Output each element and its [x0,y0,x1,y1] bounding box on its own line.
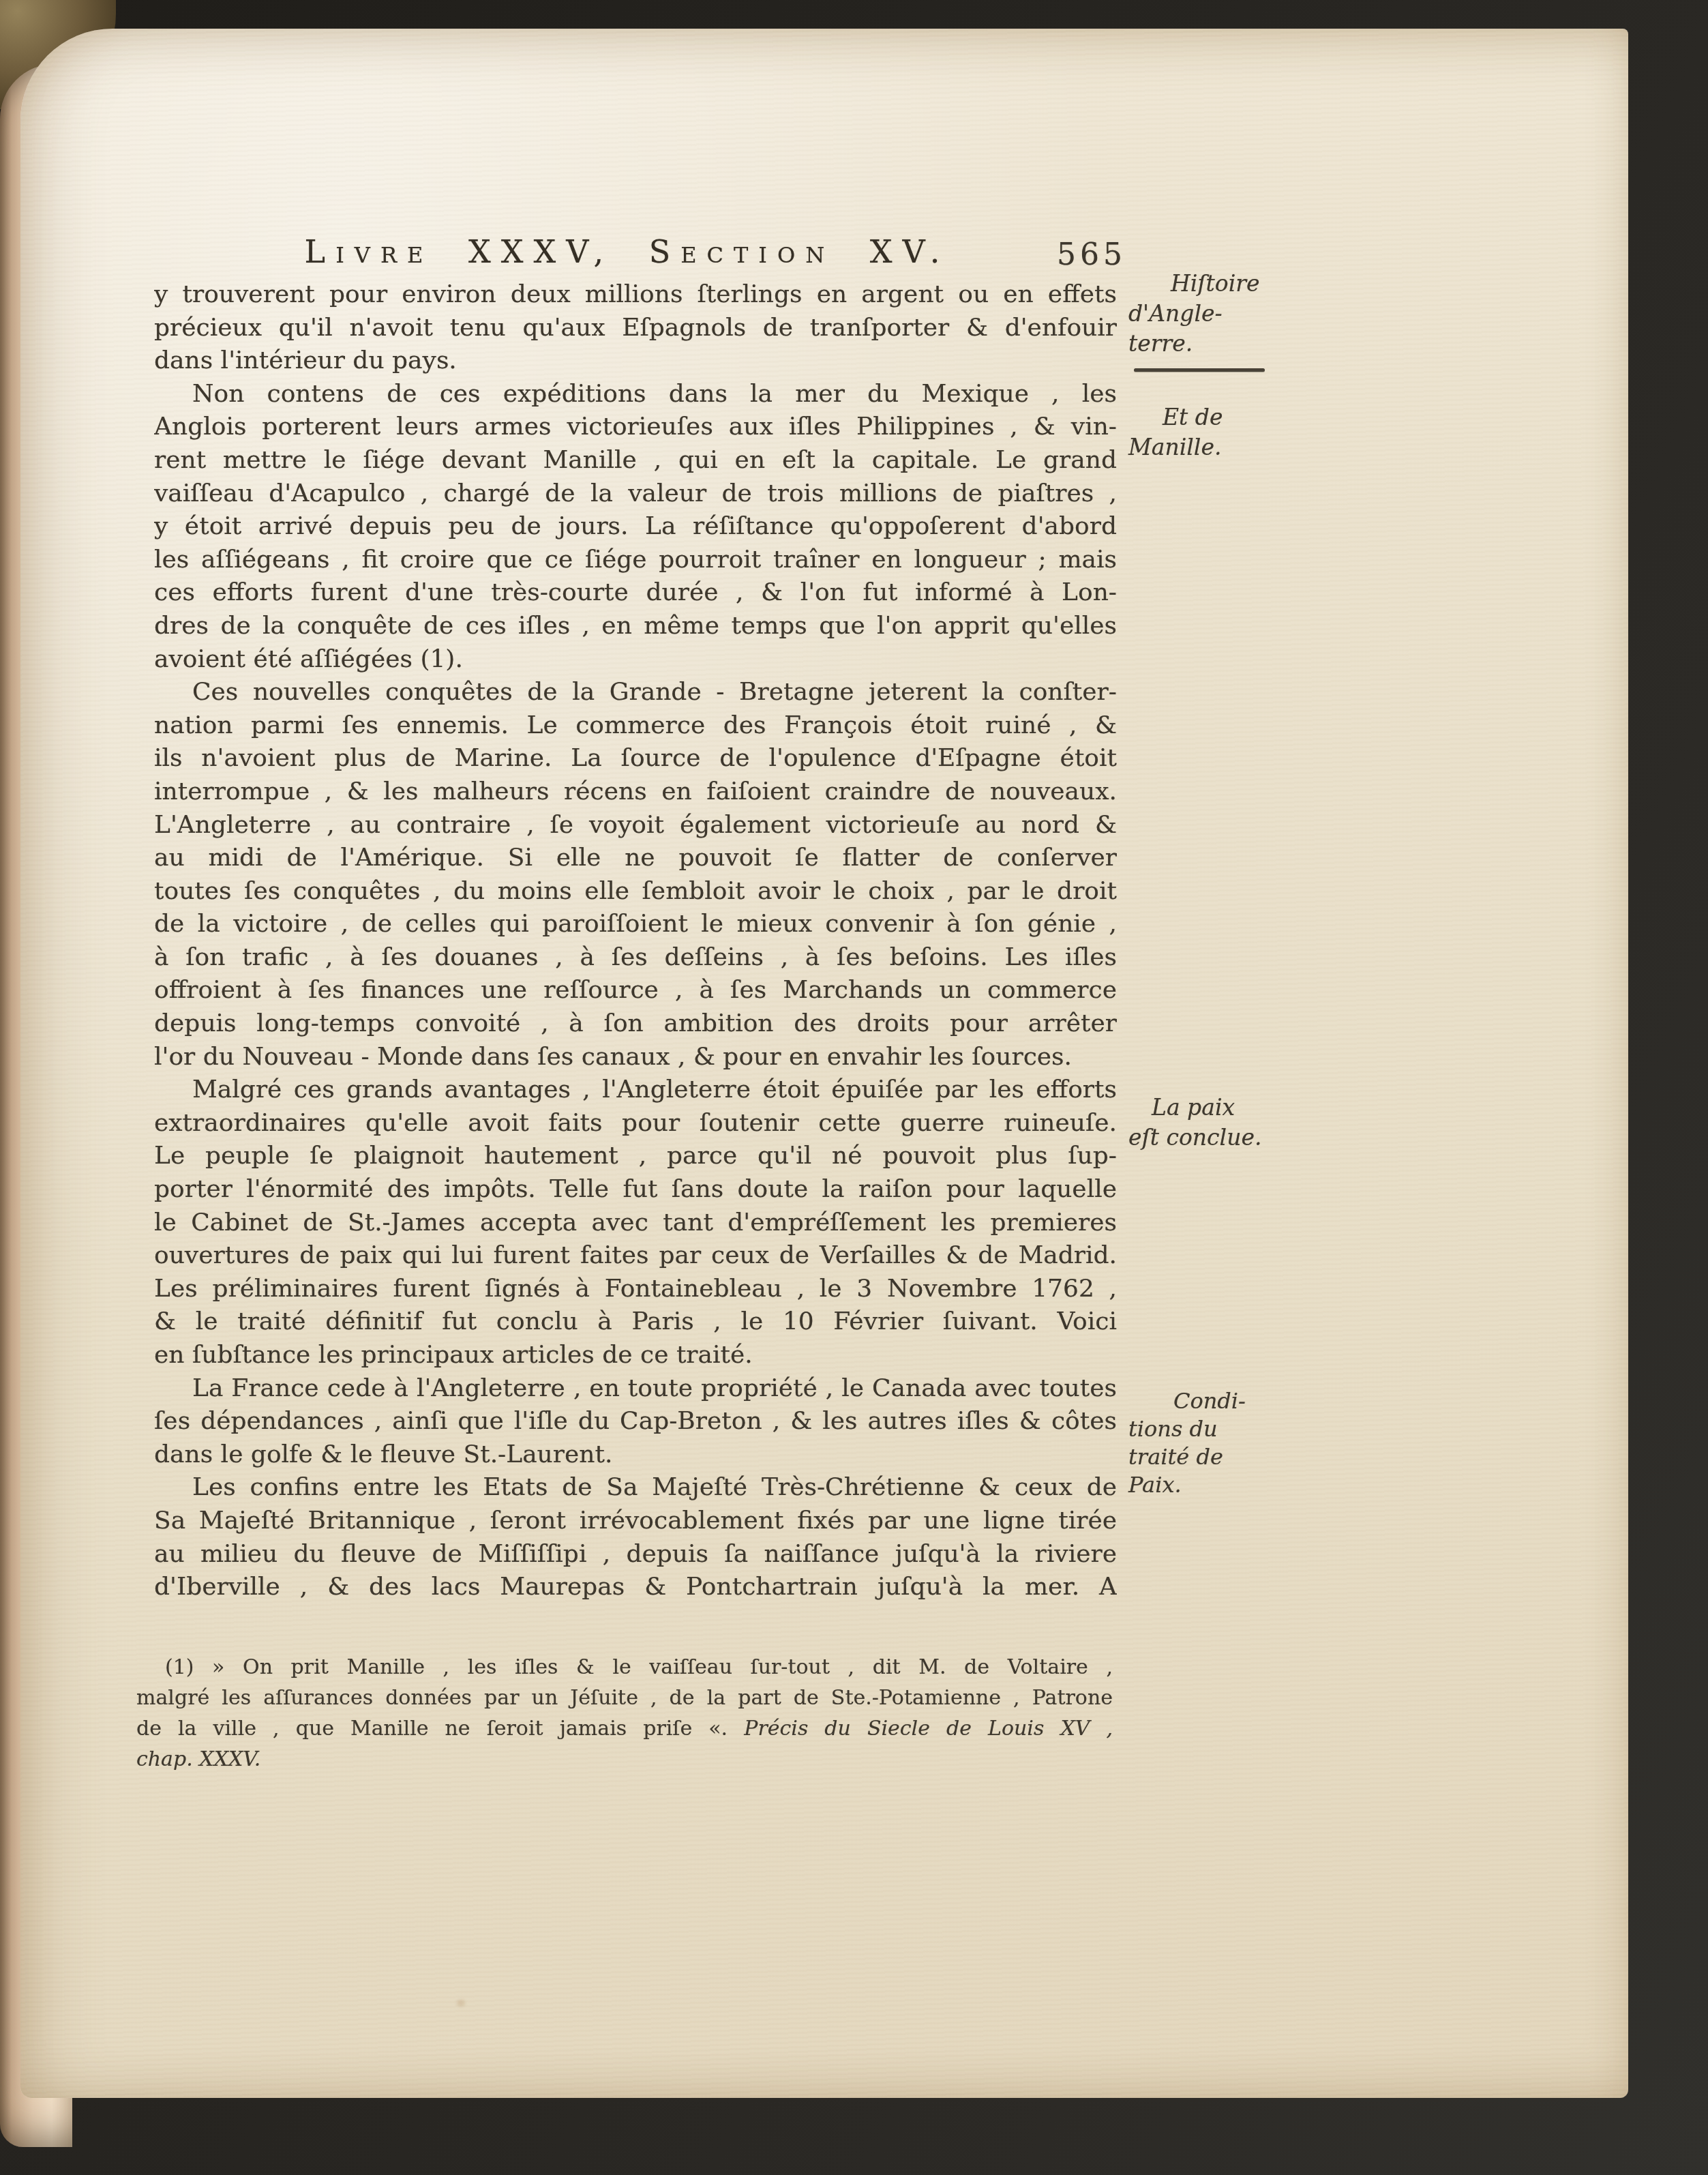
body-text-line: toutes ſes conquêtes , du moins elle ſem… [154,875,1117,908]
body-text-line: offroient à ſes finances une reſſource ,… [154,974,1117,1007]
body-text: y trouverent pour environ deux millions … [154,278,1117,1604]
body-text-line: à ſon trafic , à ſes douanes , à ſes deſ… [154,941,1117,975]
margin-note: Condi-tions dutraité dePaix. [1128,1387,1353,1499]
body-text-line: au midi de l'Amérique. Si elle ne pouvoi… [154,842,1117,875]
body-text-line: Sa Majeſté Britannique , ſeront irrévoca… [154,1505,1117,1538]
body-text-line: Le peuple ſe plaignoit hautement , parce… [154,1140,1117,1173]
body-text-line: ils n'avoient plus de Marine. La ſource … [154,742,1117,775]
body-text-line: vaiſſeau d'Acapulco , chargé de la valeu… [154,477,1117,511]
scanned-page: Livre XXXV, Section XV. 565 y trouverent… [20,29,1628,2098]
body-text-line: de la victoire , de celles qui paroiſſoi… [154,908,1117,941]
body-text-line: nation parmi ſes ennemis. Le commerce de… [154,709,1117,743]
body-text-line: dans l'intérieur du pays. [154,344,1117,378]
body-text-line: Malgré ces grands avantages , l'Angleter… [154,1074,1117,1107]
margin-note-line: Paix. [1128,1471,1353,1499]
body-text-line: extraordinaires qu'elle avoit faits pour… [154,1107,1117,1140]
body-text-line: ces efforts furent d'une très-courte dur… [154,576,1117,610]
footnote-line: chap. XXXV. [136,1744,1113,1775]
footnote-line: (1) » On prit Manille , les iſles & le v… [136,1652,1113,1683]
margin-note-line: La paix [1128,1093,1353,1123]
book-scan: Livre XXXV, Section XV. 565 y trouverent… [0,0,1708,2175]
margin-note-line: Manille. [1128,432,1353,462]
margin-note-line: traité de [1128,1443,1353,1471]
body-text-line: ouvertures de paix qui lui furent faites… [154,1239,1117,1273]
body-text-line: dans le golfe & le fleuve St.-Laurent. [154,1438,1117,1472]
body-text-line: d'Iberville , & des lacs Maurepas & Pont… [154,1571,1117,1604]
margin-note-line: tions du [1128,1415,1353,1443]
body-text-line: La France cede à l'Angleterre , en toute… [154,1372,1117,1406]
footnote-text: de la ville , que Manille ne ſeroit jama… [136,1717,744,1741]
margin-note-line: Hiſtoire [1128,269,1353,299]
margin-note-line: Et de [1128,402,1353,432]
footnote-text: chap. XXXV. [136,1747,260,1771]
footnote-text: Précis du Siecle de Louis XV , [744,1717,1113,1741]
body-text-line: rent mettre le ſiége devant Manille , qu… [154,444,1117,477]
footnote-line: malgré les aſſurances données par un Jéſ… [136,1683,1113,1713]
body-text-line: au milieu du fleuve de Miſſiſſipi , depu… [154,1538,1117,1571]
body-text-line: précieux qu'il n'avoit tenu qu'aux Eſpag… [154,312,1117,345]
footnote-line: de la ville , que Manille ne ſeroit jama… [136,1713,1113,1744]
body-text-line: en ſubſtance les principaux articles de … [154,1339,1117,1372]
footnote: (1) » On prit Manille , les iſles & le v… [136,1652,1113,1775]
paper-stain [457,2000,465,2007]
body-text-line: Ces nouvelles conquêtes de la Grande - B… [154,676,1117,709]
body-text-line: L'Angleterre , au contraire , ſe voyoit … [154,809,1117,842]
body-text-line: Non contens de ces expéditions dans la m… [154,378,1117,411]
margin-note-line: eſt conclue. [1128,1123,1353,1153]
body-text-line: porter l'énormité des impôts. Telle fut … [154,1173,1117,1207]
margin-note-line: Condi- [1128,1387,1353,1415]
body-text-line: y étoit arrivé depuis peu de jours. La r… [154,510,1117,544]
footnote-text: (1) » On prit Manille , les iſles & le v… [165,1655,1113,1679]
margin-note: Et deManille. [1128,402,1353,462]
margin-note-line: d'Angle- [1128,299,1353,329]
body-text-line: depuis long-temps convoité , à ſon ambit… [154,1007,1117,1041]
body-text-line: avoient été aſſiégées (1). [154,643,1117,677]
margin-note-rule [1134,368,1265,372]
page-number: 565 [1057,237,1126,272]
margin-note-line: terre. [1128,329,1353,359]
body-text-line: y trouverent pour environ deux millions … [154,278,1117,312]
body-text-line: dres de la conquête de ces iſles , en mê… [154,610,1117,643]
running-header-title: Livre XXXV, Section XV. [205,233,1050,270]
body-text-line: Les confins entre les Etats de Sa Majeſt… [154,1471,1117,1505]
margin-note: Hiſtoired'Angle-terre. [1128,269,1353,372]
body-text-line: ſes dépendances , ainſi que l'iſle du Ca… [154,1405,1117,1438]
body-text-line: l'or du Nouveau - Monde dans ſes canaux … [154,1041,1117,1074]
margin-note: La paixeſt conclue. [1128,1093,1353,1153]
body-text-line: les aſſiégeans , fit croire que ce ſiége… [154,544,1117,577]
body-text-line: & le traité définitif fut conclu à Paris… [154,1305,1117,1339]
body-text-line: Les préliminaires furent ſignés à Fontai… [154,1273,1117,1306]
body-text-line: Anglois porterent leurs armes victorieuſ… [154,411,1117,444]
body-text-line: le Cabinet de St.-James accepta avec tan… [154,1207,1117,1240]
body-text-line: interrompue , & les malheurs récens en f… [154,775,1117,809]
footnote-text: malgré les aſſurances données par un Jéſ… [136,1686,1113,1710]
